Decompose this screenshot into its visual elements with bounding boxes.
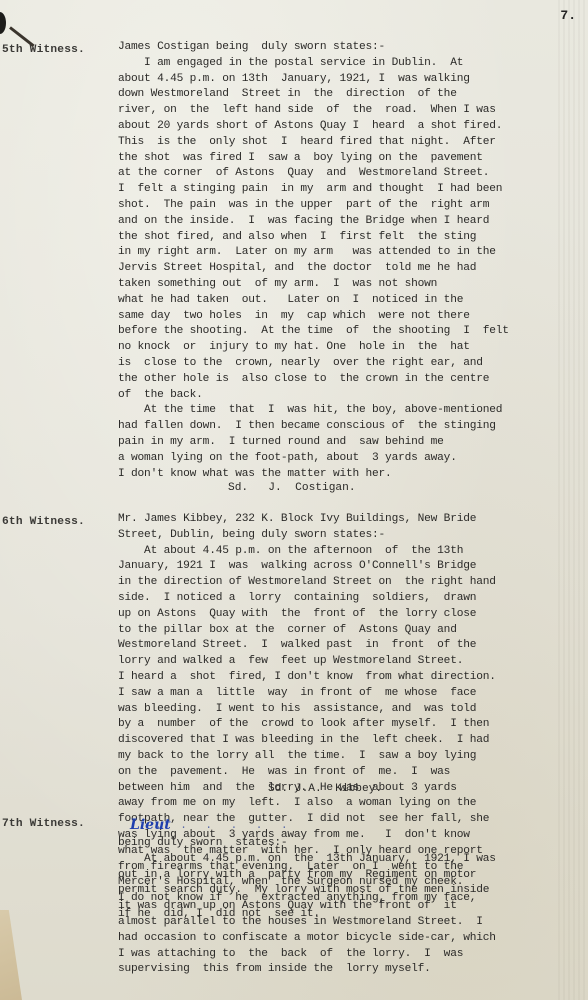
document-page: 7. 5th Witness. James Costigan being dul… <box>0 0 588 1000</box>
page-number: 7. <box>560 8 576 23</box>
statement-line: before the shooting. At the time of the … <box>118 324 588 340</box>
statement-line: I am engaged in the postal service in Du… <box>118 56 588 72</box>
statement-line: I was attaching to the back of the lorry… <box>118 947 588 963</box>
statement-line: At about 4.45 p.m. on the afternoon of t… <box>118 544 588 560</box>
witness-statement-7: being duly sworn states:- At about 4.45 … <box>118 836 588 978</box>
statement-line: James Costigan being duly sworn states:- <box>118 40 588 56</box>
statement-line: a woman lying on the foot-path, about 3 … <box>118 451 588 467</box>
statement-line: permit search duty. My lorry with most o… <box>118 883 588 899</box>
statement-line: about 4.45 p.m. on 13th January, 1921, I… <box>118 72 588 88</box>
statement-line: about 20 yards short of Astons Quay I he… <box>118 119 588 135</box>
statement-line: had fallen down. I then became conscious… <box>118 419 588 435</box>
statement-line: down Westmoreland Street in the directio… <box>118 87 588 103</box>
statement-line: out in a lorry with a party from my Regi… <box>118 868 588 884</box>
statement-line: had occasion to confiscate a motor bicyc… <box>118 931 588 947</box>
statement-line: on the pavement. He was in front of me. … <box>118 765 588 781</box>
statement-line: up on Astons Quay with the front of the … <box>118 607 588 623</box>
statement-line: is close to the crown, nearly over the r… <box>118 356 588 372</box>
statement-line: same day two holes in my cap which were … <box>118 309 588 325</box>
statement-line: supervising this from inside the lorry m… <box>118 962 588 978</box>
statement-line: pain in my arm. I turned round and saw b… <box>118 435 588 451</box>
statement-line: taken something out of my arm. I was not… <box>118 277 588 293</box>
statement-line: the other hole is also close to the crow… <box>118 372 588 388</box>
statement-line: almost parallel to the houses in Westmor… <box>118 915 588 931</box>
statement-line: what he had taken out. Later on I notice… <box>118 293 588 309</box>
statement-line: being duly sworn states:- <box>118 836 588 852</box>
statement-line: was bleeding. I went to his assistance, … <box>118 702 588 718</box>
statement-line: my back to the lorry all the time. I saw… <box>118 749 588 765</box>
statement-line: and on the inside. I was facing the Brid… <box>118 214 588 230</box>
witness-label-7: 7th Witness. <box>2 818 85 830</box>
witness-label-5: 5th Witness. <box>2 44 85 56</box>
witness-statement-5: James Costigan being duly sworn states:-… <box>118 40 588 482</box>
statement-line: it was drawn up on Astons Quay with the … <box>118 899 588 915</box>
statement-line: in the direction of Westmoreland Street … <box>118 575 588 591</box>
statement-line: at the corner of Astons Quay and Westmor… <box>118 166 588 182</box>
statement-line: no knock or injury to my hat. One hole i… <box>118 340 588 356</box>
statement-line: the shot was fired I saw a boy lying on … <box>118 151 588 167</box>
statement-line: by a number of the crowd to look after m… <box>118 717 588 733</box>
punch-hole-icon <box>0 12 6 34</box>
statement-line: in my right arm. Later on my arm was att… <box>118 245 588 261</box>
name-placeholder-dots: . . . . . . <box>155 820 294 832</box>
statement-line: of the back. <box>118 388 588 404</box>
statement-line: This is the only shot I heard fired that… <box>118 135 588 151</box>
statement-line: I don't know what was the matter with he… <box>118 467 588 483</box>
statement-line: lorry and walked a few feet up Westmorel… <box>118 654 588 670</box>
witness-label-6: 6th Witness. <box>2 516 85 528</box>
statement-line: discovered that I was bleeding in the le… <box>118 733 588 749</box>
statement-line: Jervis Street Hospital, and the doctor t… <box>118 261 588 277</box>
signature-kibbey: Sd. J.A. Kibbey. <box>268 783 382 795</box>
statement-line: shot. The pain was in the upper part of … <box>118 198 588 214</box>
statement-line: away from me on my left. I also a woman … <box>118 796 588 812</box>
statement-line: At the time that I was hit, the boy, abo… <box>118 403 588 419</box>
statement-line: Street, Dublin, being duly sworn states:… <box>118 528 588 544</box>
folder-corner <box>0 910 22 1000</box>
statement-line: to the pillar box at the corner of Aston… <box>118 623 588 639</box>
statement-line: Westmoreland Street. I walked past in fr… <box>118 638 588 654</box>
signature-costigan: Sd. J. Costigan. <box>228 482 356 494</box>
statement-line: I saw a man a little way in front of me … <box>118 686 588 702</box>
statement-line: January, 1921 I was walking across O'Con… <box>118 559 588 575</box>
statement-line: At about 4.45 p.m. on the 13th January, … <box>118 852 588 868</box>
statement-line: river, on the left hand side of the road… <box>118 103 588 119</box>
statement-line: I felt a stinging pain in my arm and tho… <box>118 182 588 198</box>
statement-line: the shot fired, and also when I first fe… <box>118 230 588 246</box>
statement-line: I heard a shot fired, I don't know from … <box>118 670 588 686</box>
statement-line: Mr. James Kibbey, 232 K. Block Ivy Build… <box>118 512 588 528</box>
statement-line: side. I noticed a lorry containing soldi… <box>118 591 588 607</box>
